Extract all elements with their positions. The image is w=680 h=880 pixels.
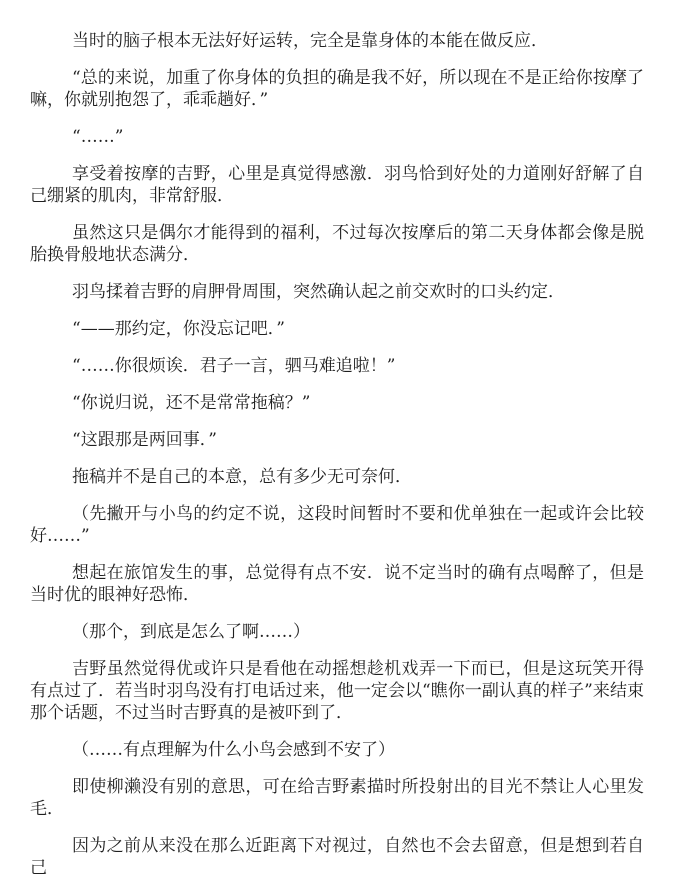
paragraph: “——那约定，你没忘记吧．” [30,318,644,340]
paragraph: 吉野虽然觉得优或许只是看他在动摇想趁机戏弄一下而已，但是这玩笑开得有点过了．若当… [30,658,644,724]
paragraph: “这跟那是两回事．” [30,429,644,451]
paragraph: “……你很烦诶．君子一言，驷马难追啦！” [30,355,644,377]
paragraph: 拖稿并不是自己的本意，总有多少无可奈何． [30,466,644,488]
paragraph: （那个，到底是怎么了啊……） [30,621,644,643]
paragraph: 当时的脑子根本无法好好运转，完全是靠身体的本能在做反应． [30,30,644,52]
paragraph: 羽鸟揉着吉野的肩胛骨周围，突然确认起之前交欢时的口头约定． [30,281,644,303]
paragraph: “……” [30,126,644,148]
paragraph: “总的来说，加重了你身体的负担的确是我不好，所以现在不是正给你按摩了嘛，你就别抱… [30,67,644,111]
paragraph: “你说归说，还不是常常拖稿？” [30,392,644,414]
paragraph: 想起在旅馆发生的事，总觉得有点不安．说不定当时的确有点喝醉了，但是当时优的眼神好… [30,562,644,606]
novel-page: 当时的脑子根本无法好好运转，完全是靠身体的本能在做反应． “总的来说，加重了你身… [0,0,680,880]
paragraph: 享受着按摩的吉野，心里是真觉得感激．羽鸟恰到好处的力道刚好舒解了自己绷紧的肌肉，… [30,163,644,207]
paragraph: （先撇开与小鸟的约定不说，这段时间暂时不要和优单独在一起或许会比较好……” [30,503,644,547]
paragraph: 因为之前从来没在那么近距离下对视过，自然也不会去留意，但是想到若自己 [30,835,644,879]
paragraph: 即使柳濑没有别的意思，可在给吉野素描时所投射出的目光不禁让人心里发毛． [30,776,644,820]
paragraph: （……有点理解为什么小鸟会感到不安了） [30,739,644,761]
paragraph: 虽然这只是偶尔才能得到的福利，不过每次按摩后的第二天身体都会像是脱胎换骨般地状态… [30,222,644,266]
